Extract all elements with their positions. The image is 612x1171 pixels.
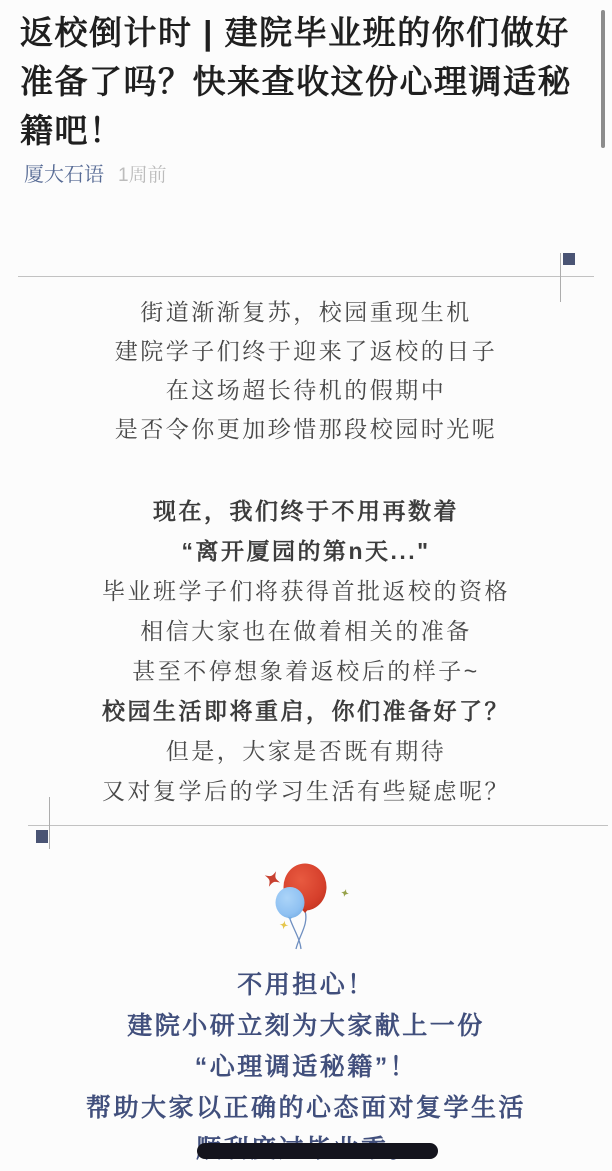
balloons-illustration — [250, 858, 360, 958]
publish-date: 1周前 — [118, 165, 167, 186]
balloon-string — [290, 919, 301, 949]
closing-line: 帮助大家以正确的心态面对复学生活 — [0, 1088, 612, 1129]
quote-line-emphasis: “离开厦园的第n天..." — [0, 531, 612, 571]
sparkle-icon — [340, 888, 350, 898]
blue-balloon — [276, 887, 305, 918]
quote-frame-top-square — [563, 253, 575, 265]
article-title: 返校倒计时 | 建院毕业班的你们做好准备了吗？快来查收这份心理调适秘籍吧！ — [20, 8, 586, 155]
sparkle-icon — [261, 868, 284, 891]
strikethrough-bar — [197, 1143, 438, 1159]
article-meta: 厦大石语1周前 — [24, 163, 582, 188]
balloons-icon — [250, 858, 360, 958]
quote-line: 毕业班学子们将获得首批返校的资格 — [0, 571, 612, 611]
quote-line: 又对复学后的学习生活有些疑虑呢？ — [0, 771, 612, 811]
balloon-knot — [302, 910, 308, 914]
closing-line: 不用担心！ — [0, 965, 612, 1006]
closing-line: “心理调适秘籍”！ — [0, 1047, 612, 1088]
quote-paragraph-2: 现在，我们终于不用再数着 “离开厦园的第n天..." 毕业班学子们将获得首批返校… — [0, 491, 612, 811]
closing-block: 不用担心！ 建院小研立刻为大家献上一份 “心理调适秘籍”！ 帮助大家以正确的心态… — [0, 965, 612, 1170]
quote-line: 在这场超长待机的假期中 — [0, 371, 612, 410]
quote-line: 是否令你更加珍惜那段校园时光呢 — [0, 410, 612, 449]
quote-frame-bottom-square — [36, 830, 48, 843]
quote-line: 相信大家也在做着相关的准备 — [0, 611, 612, 651]
scrollbar-thumb[interactable] — [601, 10, 605, 148]
quote-line: 建院学子们终于迎来了返校的日子 — [0, 332, 612, 371]
quote-line: 但是，大家是否既有期待 — [0, 731, 612, 771]
sparkle-icon — [279, 920, 289, 930]
article-page: 返校倒计时 | 建院毕业班的你们做好准备了吗？快来查收这份心理调适秘籍吧！ 厦大… — [0, 0, 612, 1171]
author-link[interactable]: 厦大石语 — [24, 164, 104, 186]
quote-paragraph-1: 街道渐渐复苏，校园重现生机 建院学子们终于迎来了返校的日子 在这场超长待机的假期… — [0, 293, 612, 449]
quote-frame-top-rule — [18, 276, 594, 277]
quote-line: 街道渐渐复苏，校园重现生机 — [0, 293, 612, 332]
balloon-knot — [288, 917, 293, 920]
closing-line: 建院小研立刻为大家献上一份 — [0, 1006, 612, 1047]
quote-line: 甚至不停想象着返校后的样子~ — [0, 651, 612, 691]
quote-line-emphasis: 校园生活即将重启，你们准备好了？ — [0, 691, 612, 731]
quote-line-emphasis: 现在，我们终于不用再数着 — [0, 491, 612, 531]
quote-frame-bottom-rule — [28, 825, 608, 826]
balloon-string — [296, 911, 306, 949]
